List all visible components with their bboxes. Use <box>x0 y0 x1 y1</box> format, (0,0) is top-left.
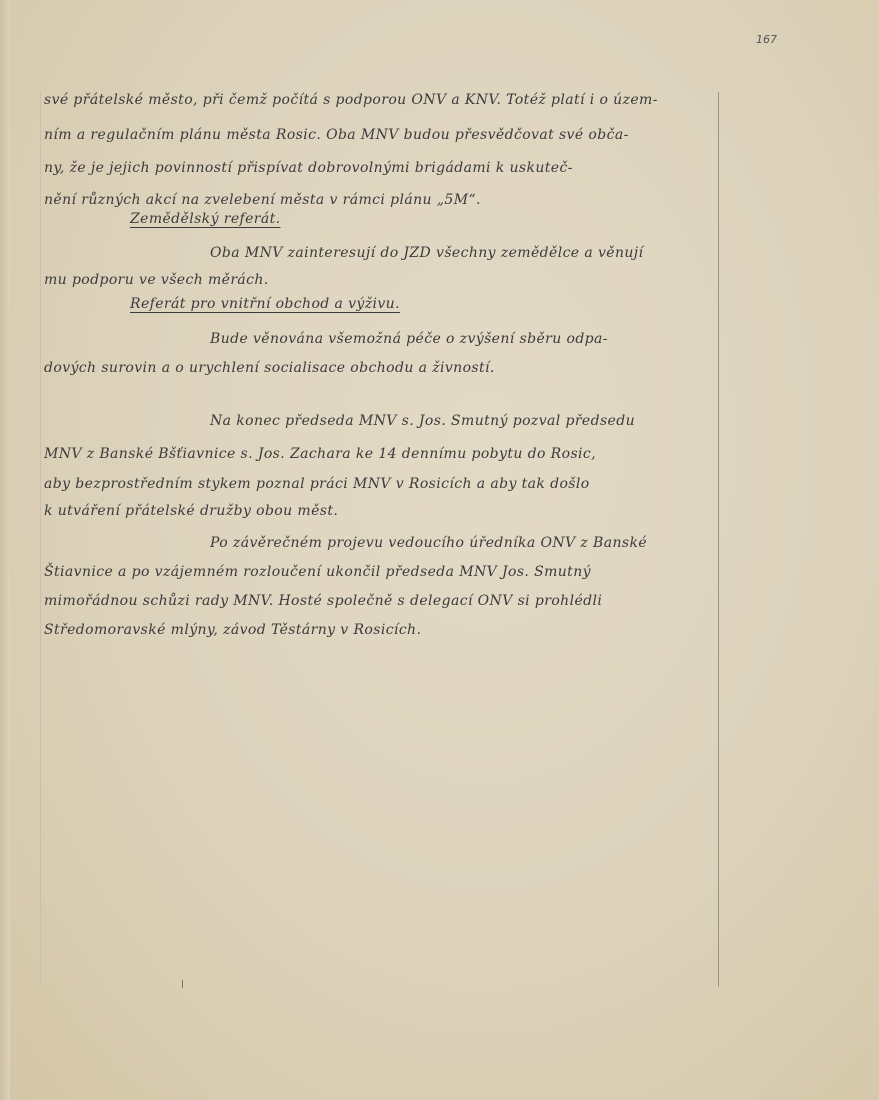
left-margin-line <box>40 92 41 982</box>
text-line: Štiavnice a po vzájemném rozloučení ukon… <box>44 564 718 580</box>
text-line: Středomoravské mlýny, závod Těstárny v R… <box>44 622 718 638</box>
section-heading-trade: Referát pro vnitřní obchod a výživu. <box>130 296 804 312</box>
text-line: ny, že je jejich povinností přispívat do… <box>44 160 718 176</box>
text-line: Bude věnována všemožná péče o zvýšení sb… <box>210 331 879 347</box>
text-line: mimořádnou schůzi rady MNV. Hosté společ… <box>44 593 718 609</box>
text-line: Oba MNV zainteresují do JZD všechny země… <box>210 245 879 261</box>
scanned-page: 167 své přátelské město, při čemž počítá… <box>0 0 879 1100</box>
page-binding-edge <box>0 0 10 1100</box>
pencil-mark <box>182 980 183 988</box>
text-line: nění různých akcí na zvelebení města v r… <box>44 192 718 208</box>
section-heading-agriculture: Zemědělský referát. <box>130 211 804 227</box>
text-line: své přátelské město, při čemž počítá s p… <box>44 92 718 108</box>
text-line: k utváření přátelské družby obou měst. <box>44 503 718 519</box>
text-line: MNV z Banské Bšťiavnice s. Jos. Zachara … <box>44 446 718 462</box>
text-line: mu podporu ve všech měrách. <box>44 272 718 288</box>
page-number: 167 <box>756 33 777 46</box>
text-line: aby bezprostředním stykem poznal práci M… <box>44 476 718 492</box>
text-line: dových surovin a o urychlení socialisace… <box>44 360 718 376</box>
text-line: ním a regulačním plánu města Rosic. Oba … <box>44 127 718 143</box>
text-line: Po závěrečném projevu vedoucího úředníka… <box>210 535 879 551</box>
text-line: Na konec předseda MNV s. Jos. Smutný poz… <box>210 413 879 429</box>
